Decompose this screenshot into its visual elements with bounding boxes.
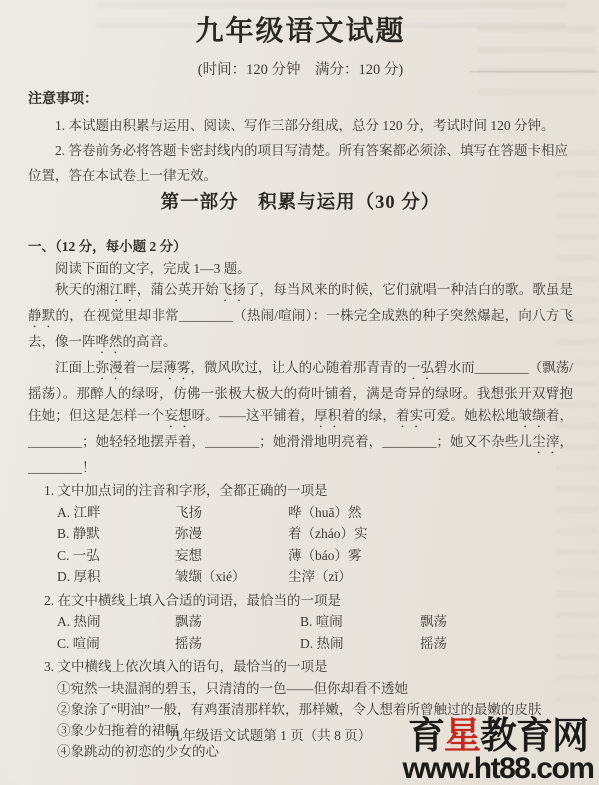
option-cell: A. 热闹	[57, 611, 175, 633]
question-1: 1. 文中加点词的注音和字形，全都正确的一项是 A. 江畔 飞扬 哗（huā）然…	[28, 480, 573, 588]
exam-paper-scan: 九年级语文试题 (时间：120 分钟 满分：120 分) 注意事项： 1. 本试…	[0, 0, 599, 785]
reading-instruction: 阅读下面的文字，完成 1—3 题。	[28, 258, 573, 280]
page-title: 九年级语文试题	[28, 14, 573, 50]
question-1-options: A. 江畔 飞扬 哗（huā）然 B. 静默 弥漫 着（zháo）实 C. 一弘…	[57, 502, 573, 588]
option-cell: 哗（huā）然	[288, 502, 573, 524]
watermark-url: www.ht88.com	[398, 754, 598, 784]
notice-item-2: 2. 答卷前务必将答题卡密封线内的项目写清楚。所有答案都必须涂、填写在答题卡相应…	[28, 138, 573, 188]
notice-item-1: 1. 本试题由积累与运用、阅读、写作三部分组成，总分 120 分，考试时间 12…	[28, 113, 573, 138]
option-cell: 摇荡	[420, 633, 573, 655]
watermark-star-char: 星	[444, 715, 480, 756]
option-cell: D. 热闹	[300, 633, 420, 655]
question-2-options: A. 热闹 飘荡 B. 喧闹 飘荡 C. 喧闹 摇荡 D. 热闹 摇荡	[57, 611, 573, 654]
watermark-brand: 育星教育网	[398, 717, 598, 754]
option-cell: 飘荡	[420, 611, 573, 633]
question-3-item-1: ①宛然一块温润的碧玉，只清清的一色——但你却看不透她	[57, 678, 573, 699]
option-cell: C. 喧闹	[57, 633, 175, 655]
option-cell: 飘荡	[175, 611, 300, 633]
option-cell: 摇荡	[175, 633, 300, 655]
option-cell: 飞扬	[175, 502, 288, 524]
option-cell: B. 喧闹	[300, 611, 420, 633]
watermark: 育星教育网 www.ht88.com	[398, 717, 598, 784]
passage-paragraph-2: 江面上弥漫着一层薄雾，微风吹过，让人的心随着那青青的一弘碧水而________（…	[28, 357, 573, 478]
watermark-brand-post: 教育网	[480, 715, 588, 756]
option-cell: 着（zháo）实	[288, 523, 573, 545]
notice-heading: 注意事项：	[28, 90, 573, 110]
question-3-stem: 3. 文中横线上依次填入的语句，最恰当的一项是	[44, 656, 573, 678]
option-cell: C. 一弘	[57, 545, 175, 567]
option-cell: 妄想	[175, 545, 288, 567]
option-cell: 皱缬（xié）	[175, 566, 288, 588]
exam-meta: (时间：120 分钟 满分：120 分)	[28, 60, 573, 80]
option-cell: 弥漫	[175, 523, 288, 545]
option-cell: 尘滓（zǐ）	[288, 566, 573, 588]
option-cell: 薄（báo）雾	[288, 545, 573, 567]
exam-sheet: 九年级语文试题 (时间：120 分钟 满分：120 分) 注意事项： 1. 本试…	[0, 0, 599, 785]
question-1-stem: 1. 文中加点词的注音和字形，全都正确的一项是	[44, 480, 573, 502]
watermark-brand-pre: 育	[408, 715, 444, 756]
question-2-stem: 2. 在文中横线上填入合适的词语，最恰当的一项是	[44, 590, 573, 612]
option-cell: B. 静默	[57, 523, 175, 545]
section-heading: 第一部分 积累与运用（30 分）	[28, 190, 573, 216]
option-cell: A. 江畔	[57, 502, 175, 524]
question-2: 2. 在文中横线上填入合适的词语，最恰当的一项是 A. 热闹 飘荡 B. 喧闹 …	[28, 590, 573, 655]
passage-paragraph-1: 秋天的湘江畔，蒲公英开始飞扬了，每当风来的时候，它们就唱一种洁白的歌。歌虽是静默…	[28, 279, 573, 357]
option-cell: D. 厚积	[57, 566, 175, 588]
question-group-heading: 一、（12 分，每小题 2 分）	[28, 236, 573, 258]
